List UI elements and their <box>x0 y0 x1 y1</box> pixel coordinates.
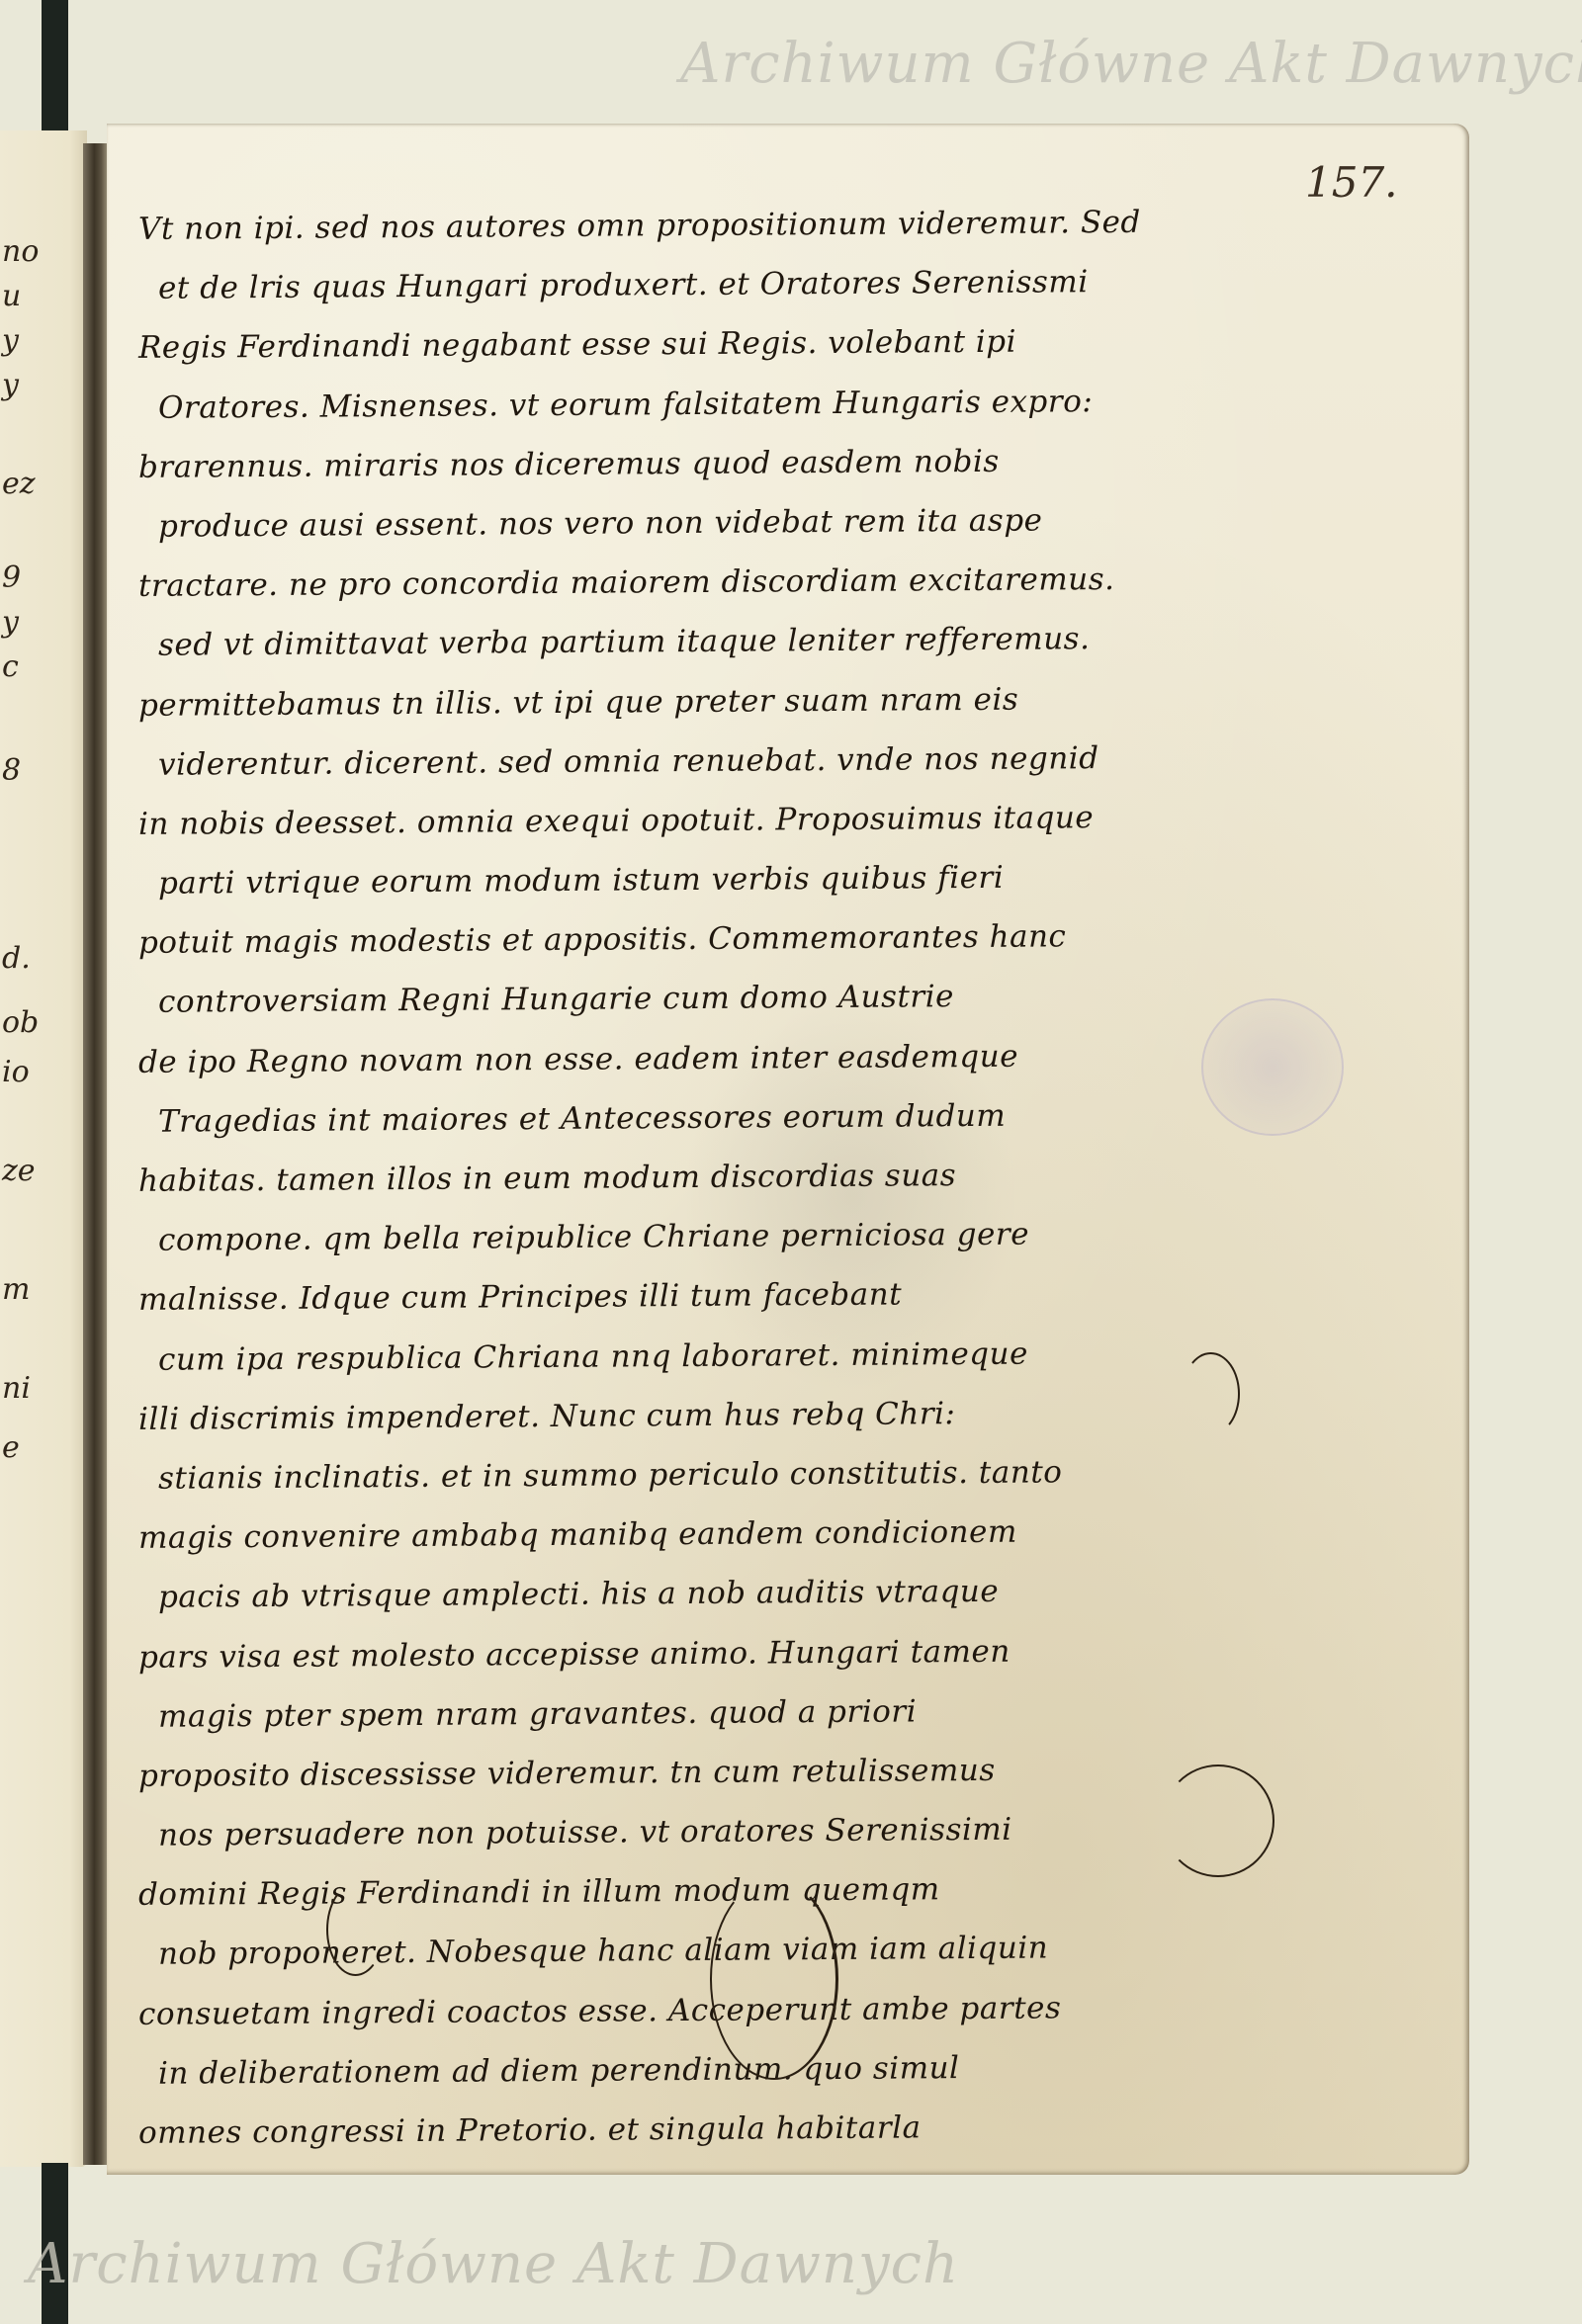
archive-watermark-top: Archiwum Główne Akt Dawnych <box>680 32 1582 96</box>
left-page-text-fragment: m <box>2 1275 30 1305</box>
manuscript-line: malnisse. Idque cum Principes illi tum f… <box>138 1262 1246 1330</box>
left-page-edge: nouyyez9yc8d.obiozemnie <box>0 130 87 2167</box>
left-page-text-fragment: 9 <box>2 563 21 593</box>
left-page-text-fragment: u <box>2 282 21 311</box>
decorative-flourish-bottom <box>710 1878 838 2080</box>
archive-watermark-bottom: Archiwum Główne Akt Dawnych <box>28 2232 959 2296</box>
folio-number: 157. <box>1305 158 1398 207</box>
manuscript-line: Tragedias int maiores et Antecessores eo… <box>138 1084 1246 1152</box>
left-page-text-fragment: e <box>2 1433 20 1463</box>
manuscript-line: parti vtrique eorum modum istum verbis q… <box>138 846 1246 913</box>
manuscript-line: in nobis deesset. omnia exequi opotuit. … <box>138 787 1246 854</box>
manuscript-line: habitas. tamen illos in eum modum discor… <box>138 1144 1246 1211</box>
left-page-text-fragment: no <box>2 237 39 267</box>
manuscript-line: controversiam Regni Hungarie cum domo Au… <box>138 966 1246 1033</box>
decorative-flourish-right <box>1162 1765 1274 1877</box>
manuscript-line: cum ipa respublica Chriana nnq laboraret… <box>138 1323 1246 1390</box>
manuscript-line: domini Regis Ferdinandi in illum modum q… <box>138 1857 1246 1925</box>
left-page-text-fragment: ze <box>2 1157 36 1186</box>
manuscript-line: viderentur. dicerent. sed omnia renuebat… <box>138 728 1246 795</box>
left-page-text-fragment: ni <box>2 1374 31 1404</box>
manuscript-line: Oratores. Misnenses. vt eorum falsitatem… <box>138 371 1246 438</box>
manuscript-line: nos persuadere non potuisse. vt oratores… <box>138 1798 1246 1865</box>
manuscript-line: produce ausi essent. nos vero non videba… <box>138 489 1246 557</box>
manuscript-line: Vt non ipi. sed nos autores omn proposit… <box>138 192 1246 259</box>
left-page-text-fragment: y <box>2 371 19 400</box>
manuscript-line: permittebamus tn illis. vt ipi que prete… <box>138 668 1246 735</box>
manuscript-line: brarennus. miraris nos diceremus quod ea… <box>138 430 1246 497</box>
manuscript-line: de ipo Regno novam non esse. eadem inter… <box>138 1025 1246 1092</box>
manuscript-line: magis convenire ambabq manibq eandem con… <box>138 1501 1246 1568</box>
manuscript-line: stianis inclinatis. et in summo periculo… <box>138 1441 1246 1508</box>
manuscript-line: tractare. ne pro concordia maiorem disco… <box>138 549 1246 616</box>
left-page-text-fragment: c <box>2 652 19 682</box>
manuscript-line: pacis ab vtrisque amplecti. his a nob au… <box>138 1560 1246 1627</box>
decorative-flourish-margin <box>1182 1352 1240 1435</box>
manuscript-line: consuetam ingredi coactos esse. Acceperu… <box>138 1977 1246 2044</box>
left-page-text-fragment: ob <box>2 1008 39 1038</box>
manuscript-line: et de lris quas Hungari produxert. et Or… <box>138 251 1246 318</box>
left-page-text-fragment: ez <box>2 470 36 499</box>
left-page-text-fragment: d. <box>2 944 31 974</box>
manuscript-line: in deliberationem ad diem perendinum. qu… <box>138 2036 1246 2104</box>
left-page-text-fragment: y <box>2 608 19 638</box>
manuscript-line: proposito discessisse videremur. tn cum … <box>138 1739 1246 1806</box>
left-page-text-fragment: io <box>2 1058 30 1087</box>
manuscript-line: pars visa est molesto accepisse animo. H… <box>138 1620 1246 1687</box>
left-page-text-fragment: 8 <box>2 756 21 786</box>
decorative-flourish-left <box>326 1883 385 1976</box>
manuscript-line: illi discrimis impenderet. Nunc cum hus … <box>138 1382 1246 1449</box>
manuscript-line: Regis Ferdinandi negabant esse sui Regis… <box>138 310 1246 378</box>
manuscript-text: Vt non ipi. sed nos autores omn proposit… <box>138 196 1246 2159</box>
manuscript-line: sed vt dimittavat verba partium itaque l… <box>138 608 1246 675</box>
left-page-text-fragment: y <box>2 326 19 356</box>
manuscript-line: nob proponeret. Nobesque hanc aliam viam… <box>138 1918 1246 1985</box>
manuscript-line: potuit magis modestis et appositis. Comm… <box>138 905 1246 973</box>
manuscript-line: compone. qm bella reipublice Chriane per… <box>138 1203 1246 1270</box>
manuscript-line: omnes congressi in Pretorio. et singula … <box>138 2096 1246 2163</box>
manuscript-line: magis pter spem nram gravantes. quod a p… <box>138 1679 1246 1747</box>
